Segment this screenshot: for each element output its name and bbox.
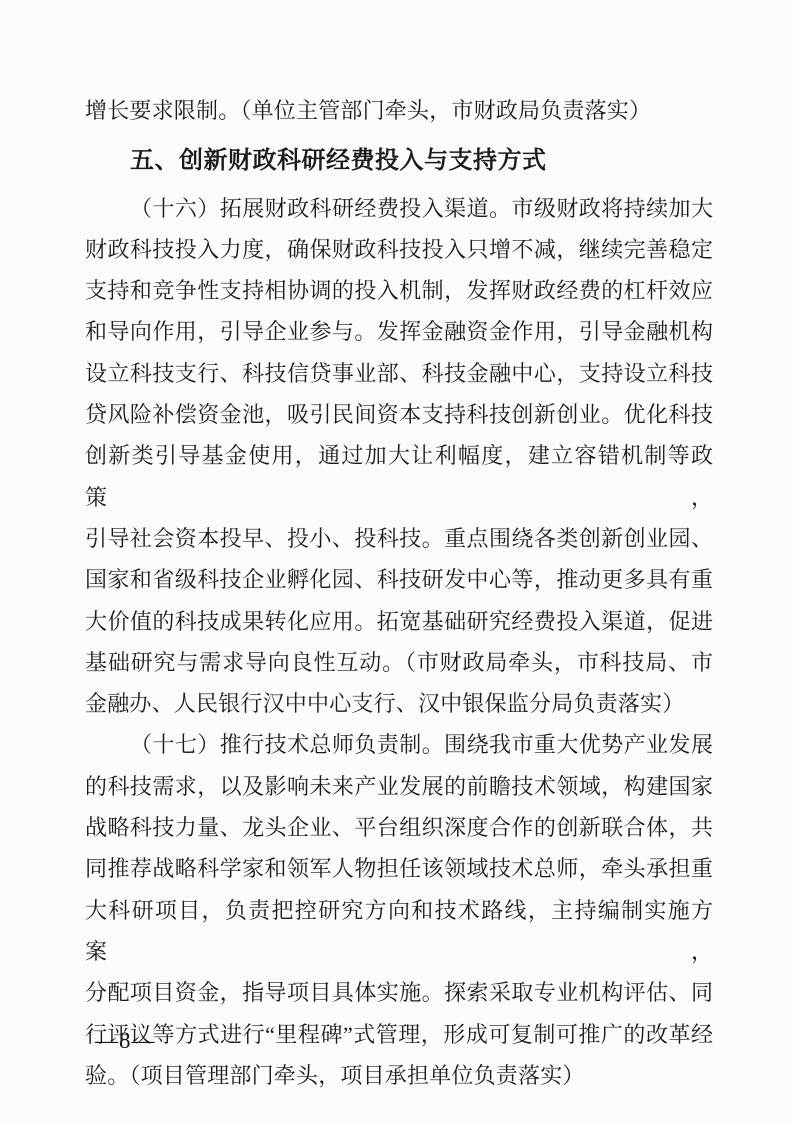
text-line: （十六）拓展财政科研经费投入渠道。市级财政将持续加大 <box>85 188 713 229</box>
text-line: 战略科技力量、龙头企业、平台组织深度合作的创新联合体，共 <box>85 807 713 848</box>
text-line: 行评议等方式进行“里程碑”式管理，形成可复制可推广的改革经 <box>85 1014 713 1055</box>
text-line: 国家和省级科技企业孵化园、科技研发中心等，推动更多具有重 <box>85 559 713 600</box>
text-line: 设立科技支行、科技信贷事业部、科技金融中心，支持设立科技 <box>85 353 713 394</box>
document-body: 增长要求限制。（单位主管部门牵头，市财政局负责落实） 五、创新财政科研经费投入与… <box>85 90 713 1096</box>
text-line: 支持和竞争性支持相协调的投入机制，发挥财政经费的杠杆效应 <box>85 270 713 311</box>
document-page: 增长要求限制。（单位主管部门牵头，市财政局负责落实） 五、创新财政科研经费投入与… <box>0 0 793 1122</box>
text-line: 贷风险补偿资金池，吸引民间资本支持科技创新创业。优化科技 <box>85 394 713 435</box>
text-line: 创新类引导基金使用，通过加大让利幅度，建立容错机制等政策， <box>85 435 713 518</box>
text-line: （十七）推行技术总师负责制。围绕我市重大优势产业发展 <box>85 724 713 765</box>
section-heading: 五、创新财政科研经费投入与支持方式 <box>85 140 713 181</box>
text-line: 的科技需求，以及影响未来产业发展的前瞻技术领域，构建国家 <box>85 766 713 807</box>
text-line: 验。（项目管理部门牵头，项目承担单位负责落实） <box>85 1055 713 1096</box>
text-line: 大科研项目，负责把控研究方向和技术路线，主持编制实施方案， <box>85 890 713 973</box>
text-line: 基础研究与需求导向良性互动。（市财政局牵头，市科技局、市 <box>85 642 713 683</box>
page-number: —8— <box>95 1026 156 1056</box>
text-line: 增长要求限制。（单位主管部门牵头，市财政局负责落实） <box>85 90 713 131</box>
text-line: 和导向作用，引导企业参与。发挥金融资金作用，引导金融机构 <box>85 311 713 352</box>
text-line: 分配项目资金，指导项目具体实施。探索采取专业机构评估、同 <box>85 972 713 1013</box>
text-line: 财政科技投入力度，确保财政科技投入只增不减，继续完善稳定 <box>85 229 713 270</box>
text-line: 引导社会资本投早、投小、投科技。重点围绕各类创新创业园、 <box>85 518 713 559</box>
text-line: 金融办、人民银行汉中中心支行、汉中银保监分局负责落实） <box>85 683 713 724</box>
text-line: 大价值的科技成果转化应用。拓宽基础研究经费投入渠道，促进 <box>85 601 713 642</box>
text-line: 同推荐战略科学家和领军人物担任该领域技术总师，牵头承担重 <box>85 848 713 889</box>
